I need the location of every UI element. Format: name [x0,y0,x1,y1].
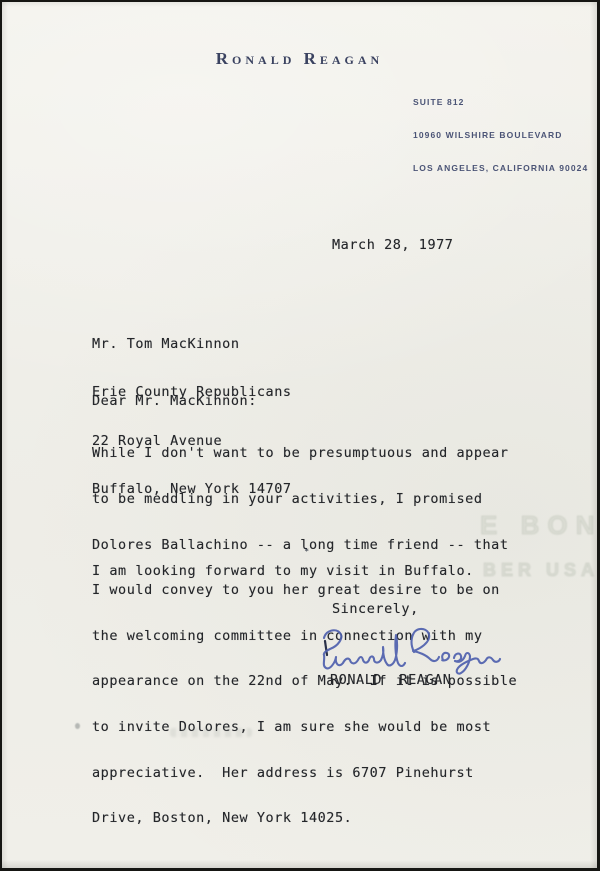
scanned-letter: Ronald Reagan SUITE 812 10960 WILSHIRE B… [0,0,600,871]
letterhead-address: SUITE 812 10960 WILSHIRE BOULEVARD LOS A… [413,75,588,196]
stray-typed-mark: * [304,548,309,557]
body-line: to be meddling in your activities, I pro… [92,492,517,507]
salutation: Dear Mr. MacKinnon: [92,393,257,409]
closing: Sincerely, [332,601,419,617]
letter-date: March 28, 1977 [332,237,454,253]
letterhead-address-line: SUITE 812 [413,97,588,108]
letterhead-address-line: 10960 WILSHIRE BOULEVARD [413,130,588,141]
typed-signature-name: RONALD REAGAN [330,672,452,688]
letterhead-address-line: LOS ANGELES, CALIFORNIA 90024 [413,163,588,174]
body-paragraph-2: I am looking forward to my visit in Buff… [92,563,474,579]
bleed-through-text-1: E BON [480,510,600,541]
body-line: Drive, Boston, New York 14025. [92,811,517,826]
body-line: I would convey to you her great desire t… [92,583,517,598]
faint-pencil-smudge [170,728,252,737]
letter-paper: Ronald Reagan SUITE 812 10960 WILSHIRE B… [2,2,597,868]
body-line: appreciative. Her address is 6707 Pinehu… [92,766,517,781]
paper-speck [75,723,80,729]
letterhead-name: Ronald Reagan [2,49,597,69]
body-line: While I don't want to be presumptuous an… [92,446,517,461]
signature-stroke-reagan [412,629,500,674]
signature-stroke-ronald [324,630,405,668]
recipient-line: Mr. Tom MacKinnon [92,336,292,352]
body-line: to invite Dolores, I am sure she would b… [92,720,517,735]
bleed-through-text-2: BER USA [483,560,599,581]
